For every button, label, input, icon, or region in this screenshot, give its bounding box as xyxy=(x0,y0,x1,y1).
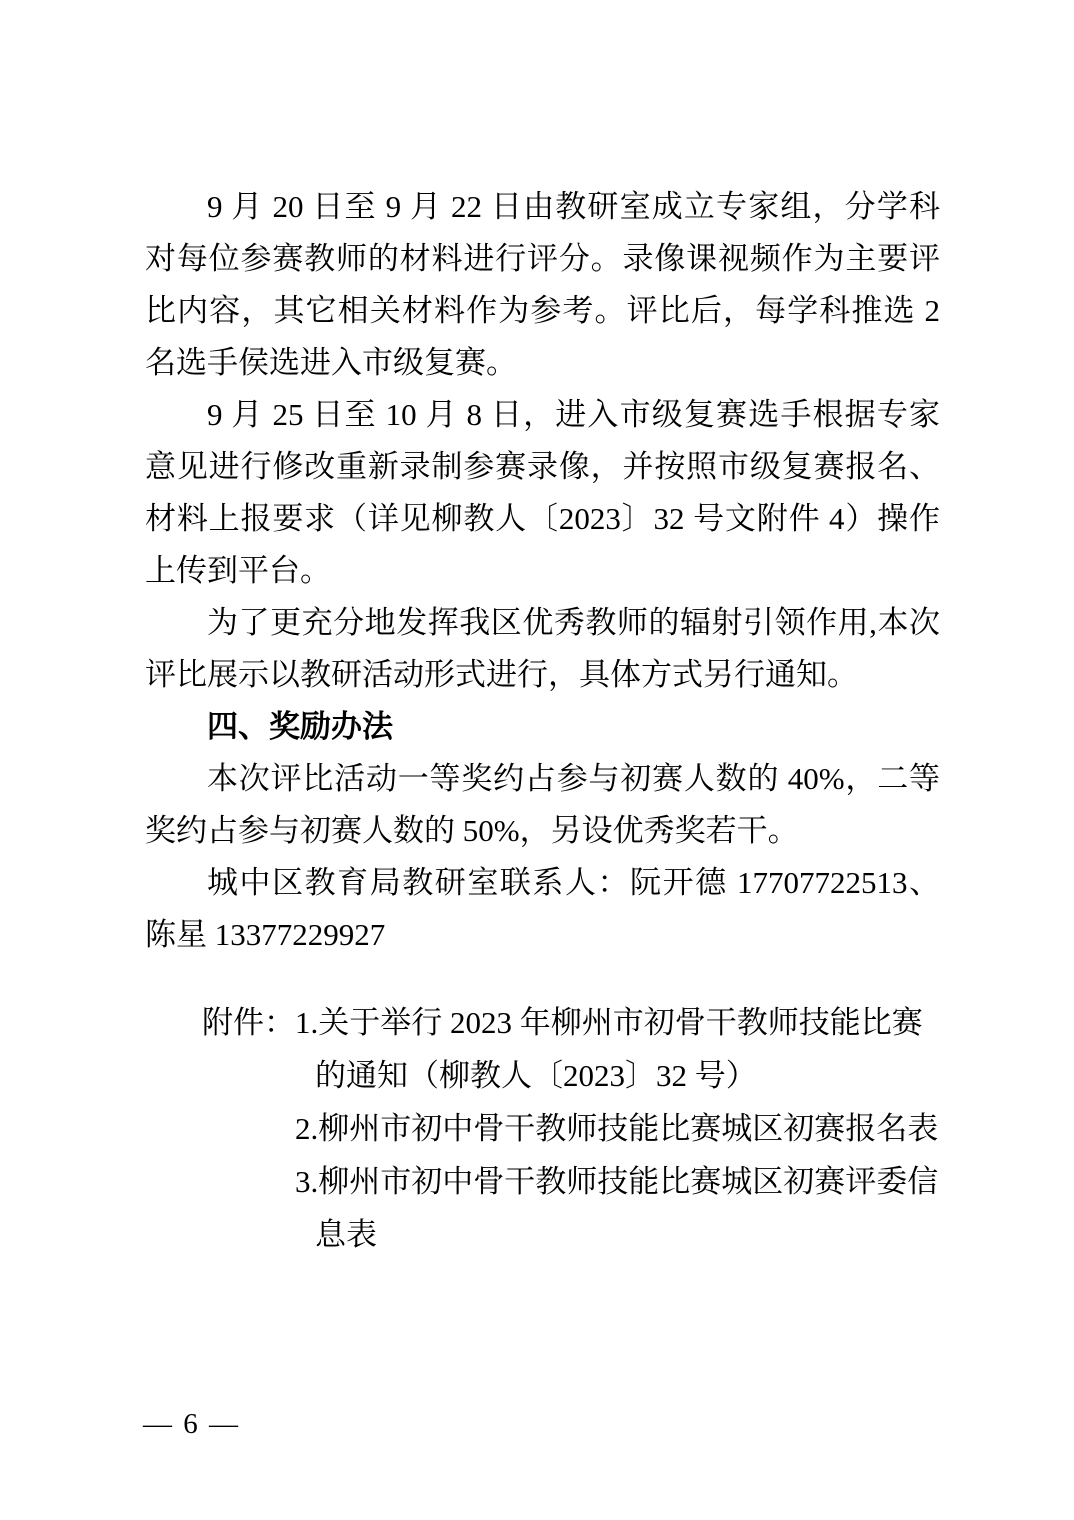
document-page: 9 月 20 日至 9 月 22 日由教研室成立专家组，分学科对每位参赛教师的材… xyxy=(0,0,1074,1520)
paragraph-award-ratios: 本次评比活动一等奖约占参与初赛人数的 40%，二等奖约占参与初赛人数的 50%，… xyxy=(145,753,940,857)
section-heading-award-measures: 四、奖励办法 xyxy=(145,701,940,753)
attachments-list: 1.关于举行 2023 年柳州市初骨干教师技能比赛的通知（柳教人〔2023〕32… xyxy=(295,996,940,1261)
attachments-block: 附件： 1.关于举行 2023 年柳州市初骨干教师技能比赛的通知（柳教人〔202… xyxy=(145,996,940,1261)
paragraph-initial-review-schedule: 9 月 20 日至 9 月 22 日由教研室成立专家组，分学科对每位参赛教师的材… xyxy=(145,181,940,389)
attachment-item-1: 1.关于举行 2023 年柳州市初骨干教师技能比赛的通知（柳教人〔2023〕32… xyxy=(295,996,940,1102)
paragraph-contact-info: 城中区教育局教研室联系人：阮开德 17707722513、陈星 13377229… xyxy=(145,857,940,961)
paragraph-resubmission-schedule: 9 月 25 日至 10 月 8 日，进入市级复赛选手根据专家意见进行修改重新录… xyxy=(145,389,940,597)
attachments-label: 附件： xyxy=(202,996,295,1049)
paragraph-exhibition-format: 为了更充分地发挥我区优秀教师的辐射引领作用,本次评比展示以教研活动形式进行，具体… xyxy=(145,597,940,701)
attachment-item-3: 3.柳州市初中骨干教师技能比赛城区初赛评委信息表 xyxy=(295,1155,940,1261)
page-number: — 6 — xyxy=(143,1407,240,1441)
document-body: 9 月 20 日至 9 月 22 日由教研室成立专家组，分学科对每位参赛教师的材… xyxy=(145,181,940,1261)
attachment-item-2: 2.柳州市初中骨干教师技能比赛城区初赛报名表 xyxy=(295,1102,940,1155)
